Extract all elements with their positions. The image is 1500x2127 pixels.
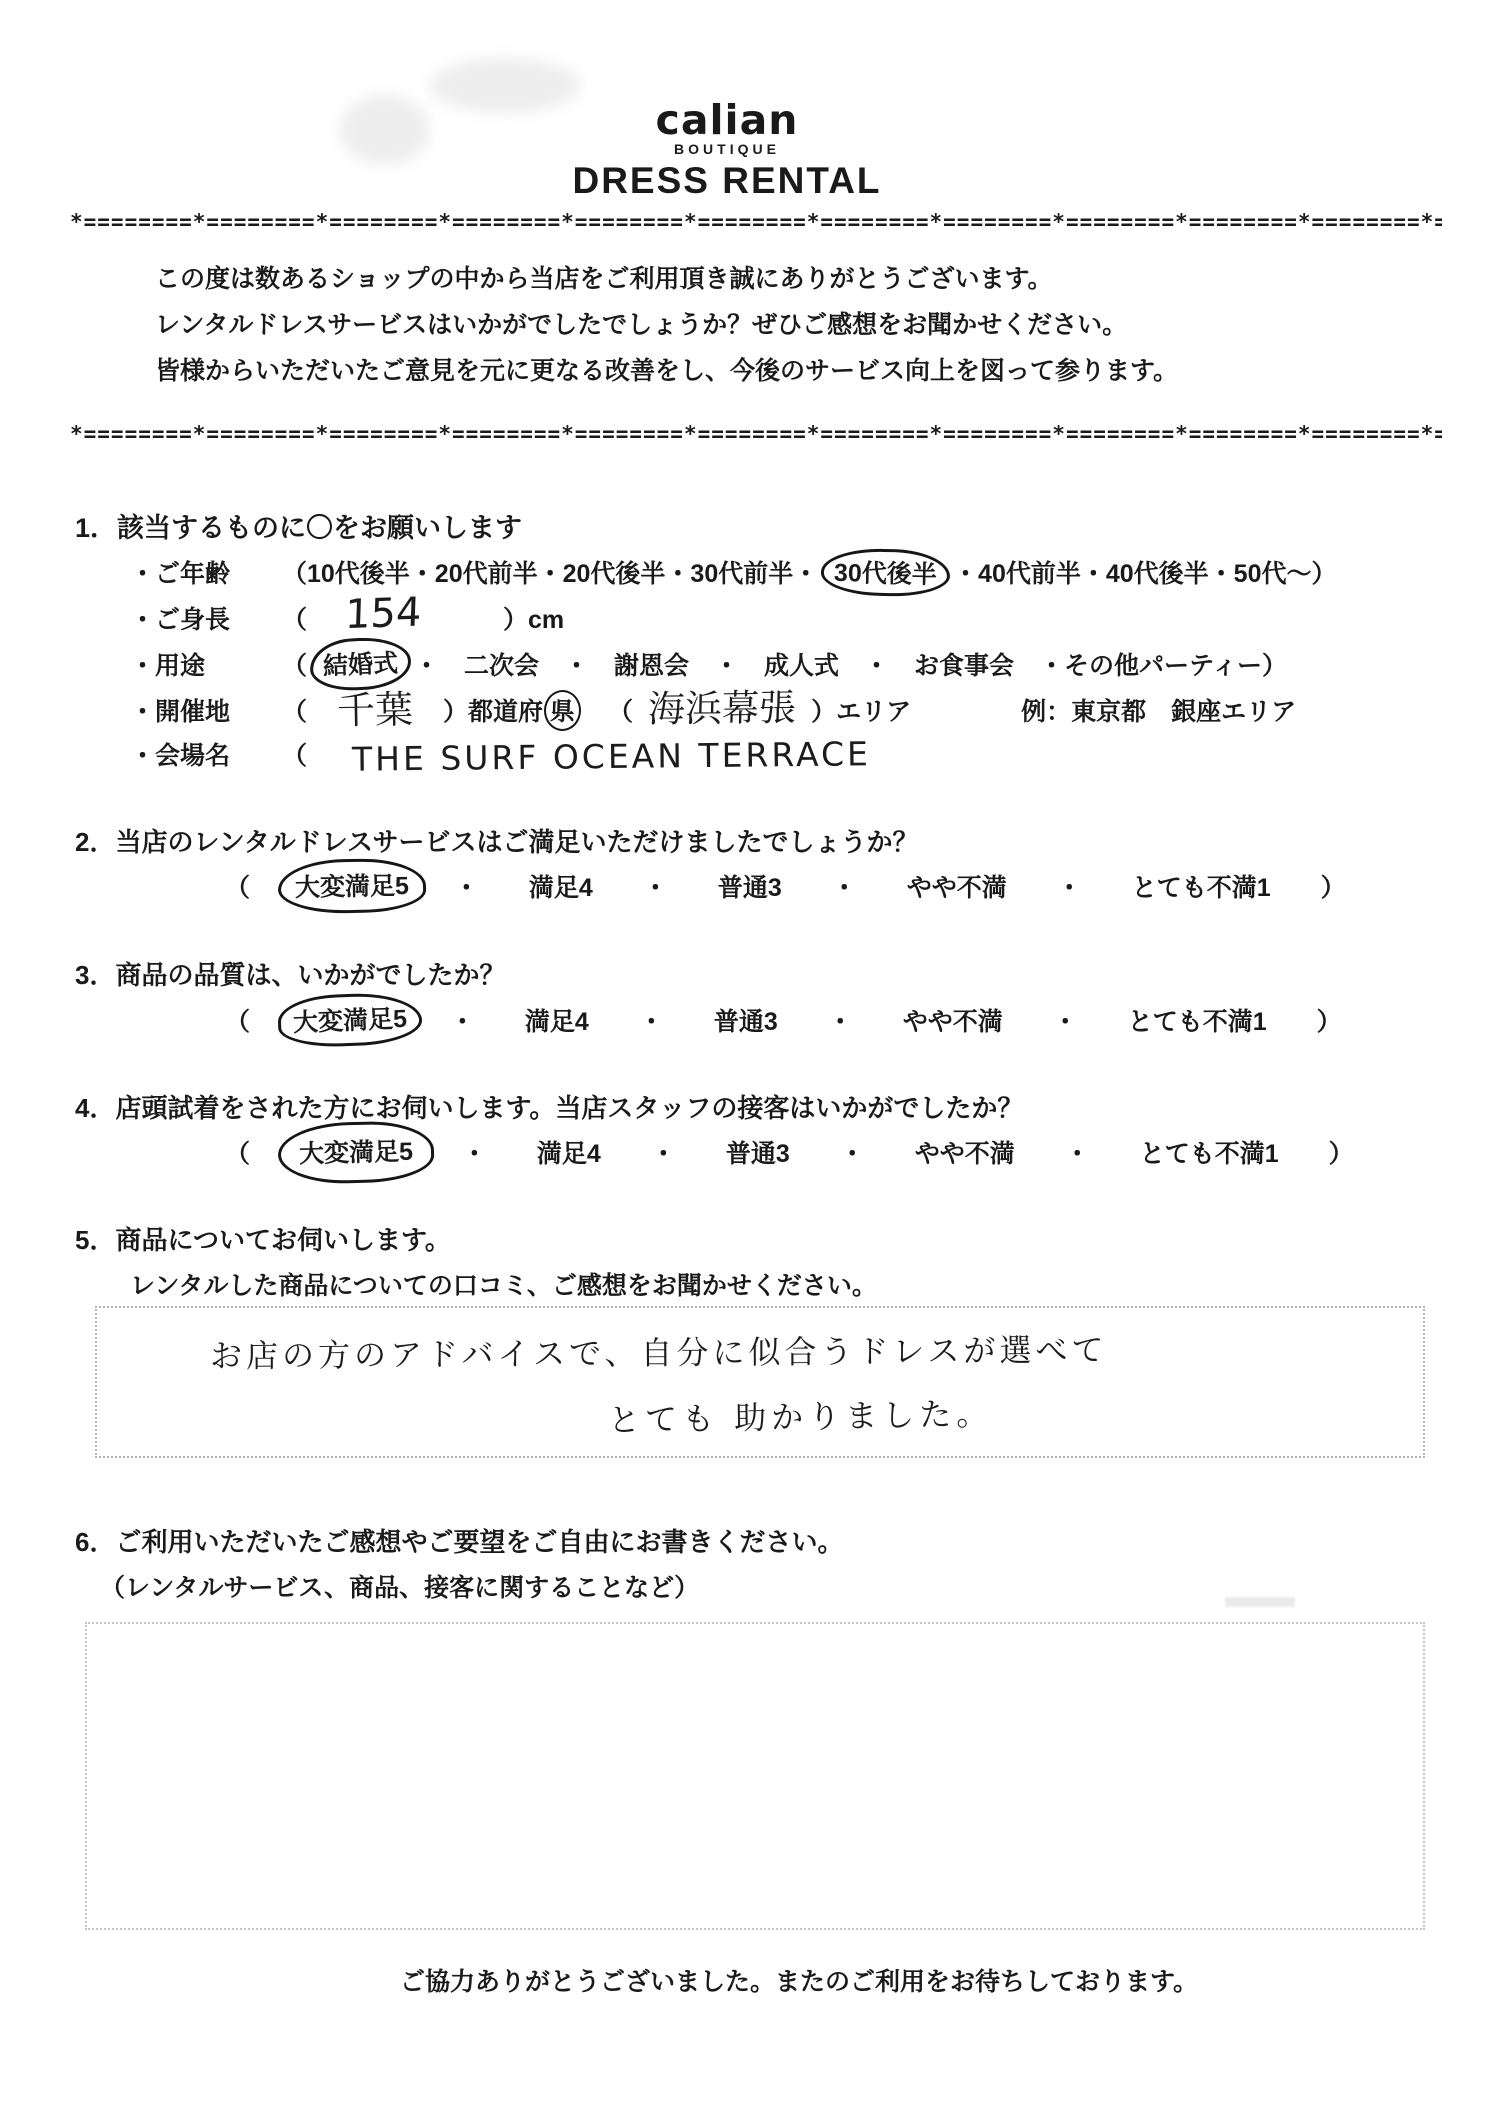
- q6-heading: 6．ご利用いただいたご感想やご要望をご自由にお書きください。: [75, 1522, 843, 1559]
- q1-venue-row: ・会場名 （ THE SURF OCEAN TERRACE: [130, 730, 871, 778]
- q5-subheading: レンタルした商品についての口コミ、ご感想をお聞かせください。: [130, 1266, 877, 1302]
- q3-heading: 3．商品の品質は、いかがでしたか？: [75, 955, 505, 992]
- q1-age-options-pre: （10代後半・20代前半・20代後半・30代前半・: [282, 554, 818, 590]
- q4-heading: 4．店頭試着をされた方にお伺いします。当店スタッフの接客はいかがでしたか？: [75, 1088, 1023, 1125]
- q1-height-paren-open: （: [282, 600, 307, 636]
- q1-place-row: ・開催地 （ 千葉 ）都道府 県 （ 海浜幕張 ）エリア 例：東京都 銀座エリア: [130, 686, 1296, 734]
- prefecture-value-handwritten: 千葉: [307, 677, 444, 734]
- circle-annotation-q2: 大変満足5: [278, 858, 427, 915]
- q5-comment-line2-handwritten: とても 助かりました。: [608, 1389, 994, 1442]
- q4-scale-row: （ 大変満足5 ・ 満足4 ・ 普通3 ・ やや不満 ・ とても不満1 ）: [225, 1126, 1354, 1178]
- document-title: DRESS RENTAL: [0, 160, 1454, 202]
- logo-subtitle: BOUTIQUE: [0, 141, 1454, 157]
- venue-name-handwritten: THE SURF OCEAN TERRACE: [352, 734, 871, 778]
- q1-area-paren-close: ）エリア: [811, 692, 911, 728]
- intro-line-3: 皆様からいただいたご意見を元に更なる改善をし、今後のサービス向上を図って参ります…: [155, 348, 1178, 394]
- separator-bottom: *========*========*========*========*===…: [70, 422, 1442, 450]
- q1-height-row: ・ご身長 （ 154 ）cm: [130, 594, 564, 642]
- q1-place-label: ・開催地: [130, 692, 282, 728]
- q1-place-mid: ）都道府: [443, 692, 543, 728]
- q1-place-example: 例：東京都 銀座エリア: [1021, 692, 1296, 728]
- logo: calian BOUTIQUE DRESS RENTAL: [0, 96, 1454, 202]
- q1-age-row: ・ご年齢 （10代後半・20代前半・20代後半・30代前半・ 30代後半 ・40…: [130, 548, 1336, 596]
- separator-top: *========*========*========*========*===…: [70, 210, 1442, 238]
- scan-noise: [1225, 1597, 1295, 1607]
- q1-height-label: ・ご身長: [130, 600, 282, 636]
- q1-age-label: ・ご年齢: [130, 554, 282, 590]
- circle-annotation-q3: 大変満足5: [277, 991, 423, 1048]
- questionnaire-page: calian BOUTIQUE DRESS RENTAL *========*=…: [0, 0, 1500, 2127]
- q2-scale-options: ・ 満足4 ・ 普通3 ・ やや不満 ・ とても不満1 ）: [429, 868, 1346, 904]
- q1-heading: 1．該当するものに〇をお願いします: [75, 506, 522, 545]
- q4-scale-paren-open: （: [225, 1134, 275, 1170]
- q2-scale-row: （ 大変満足5 ・ 満足4 ・ 普通3 ・ やや不満 ・ とても不満1 ）: [225, 860, 1346, 912]
- q3-scale-options: ・ 満足4 ・ 普通3 ・ やや不満 ・ とても不満1 ）: [425, 1002, 1342, 1038]
- footer-thanks: ご協力ありがとうございました。またのご利用をお待ちしております。: [400, 1962, 1198, 1998]
- circle-annotation-ken: 県: [543, 689, 581, 731]
- q1-place-paren-open: （: [282, 692, 307, 728]
- q2-heading: 2．当店のレンタルドレスサービスはご満足いただけましたでしょうか？: [75, 822, 918, 859]
- q6-subheading: （レンタルサービス、商品、接客に関することなど）: [100, 1568, 699, 1604]
- q1-purpose-options-post: ・ 二次会 ・ 謝恩会 ・ 成人式 ・ お食事会 ・その他パーティー）: [414, 646, 1287, 682]
- intro-line-2: レンタルドレスサービスはいかがでしたでしょうか？ぜひご感想をお聞かせください。: [155, 302, 1178, 348]
- q1-age-options-post: ・40代前半・40代後半・50代～）: [953, 554, 1336, 590]
- brand-name: calian: [0, 96, 1454, 144]
- q5-heading: 5．商品についてお伺いします。: [75, 1220, 451, 1257]
- intro-paragraph: この度は数あるショップの中から当店をご利用頂き誠にありがとうございます。 レンタ…: [155, 256, 1178, 394]
- q1-purpose-paren-open: （: [282, 646, 307, 682]
- q3-scale-paren-open: （: [225, 1002, 275, 1038]
- q2-scale-paren-open: （: [225, 868, 275, 904]
- q6-free-comment-box: [85, 1622, 1425, 1930]
- q1-venue-label: ・会場名: [130, 736, 282, 772]
- q5-comment-line1-handwritten: お店の方のアドバイスで、自分に似合うドレスが選べて: [210, 1325, 1108, 1377]
- q1-height-paren-close: ）cm: [503, 600, 564, 636]
- q3-scale-row: （ 大変満足5 ・ 満足4 ・ 普通3 ・ やや不満 ・ とても不満1 ）: [225, 994, 1342, 1046]
- q1-purpose-label: ・用途: [130, 646, 282, 682]
- circle-annotation-q4: 大変満足5: [277, 1120, 434, 1185]
- intro-line-1: この度は数あるショップの中から当店をご利用頂き誠にありがとうございます。: [155, 256, 1178, 302]
- area-value-handwritten: 海浜幕張: [626, 677, 817, 733]
- q1-venue-paren-open: （: [282, 736, 307, 772]
- circle-annotation-age: 30代後半: [821, 547, 951, 597]
- height-value-handwritten: 154: [306, 587, 503, 640]
- q4-scale-options: ・ 満足4 ・ 普通3 ・ やや不満 ・ とても不満1 ）: [437, 1134, 1354, 1170]
